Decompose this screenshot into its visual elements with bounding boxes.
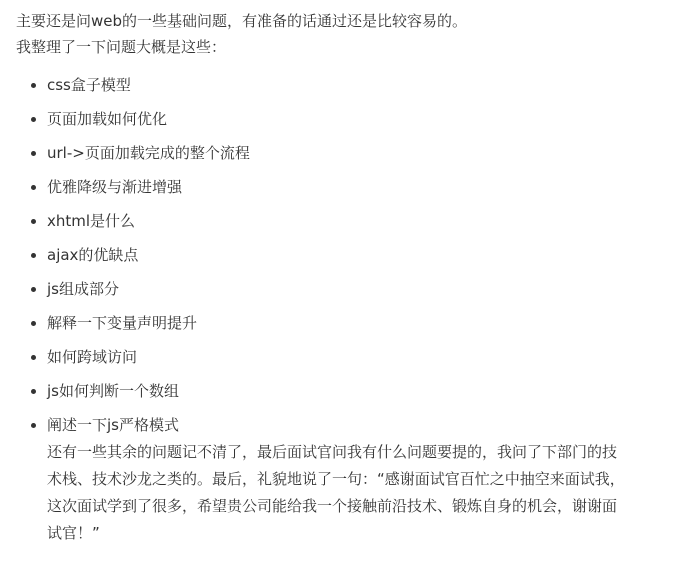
- bullet-icon: [31, 185, 36, 190]
- list-item: js组成部分: [16, 272, 683, 306]
- closing-line: 还有一些其余的问题记不清了，最后面试官问我有什么问题要提的，我问了下部门的技: [47, 439, 677, 466]
- closing-line: 这次面试学到了很多，希望贵公司能给我一个接触前沿技术、锻炼自身的机会，谢谢面: [47, 493, 677, 520]
- list-item: 阐述一下js严格模式: [16, 408, 683, 442]
- list-item: js如何判断一个数组: [16, 374, 683, 408]
- article-body: 主要还是问web的一些基础问题，有准备的话通过还是比较容易的。 我整理了一下问题…: [0, 0, 683, 547]
- interview-topics-list: css盒子模型 页面加载如何优化 url->页面加载完成的整个流程 优雅降级与渐…: [16, 68, 683, 442]
- bullet-icon: [31, 83, 36, 88]
- intro-paragraph-2: 我整理了一下问题大概是这些：: [16, 34, 683, 60]
- closing-line: 试官！”: [47, 520, 677, 547]
- list-item: url->页面加载完成的整个流程: [16, 136, 683, 170]
- list-item-label: ajax的优缺点: [47, 246, 138, 264]
- bullet-icon: [31, 423, 36, 428]
- list-item: ajax的优缺点: [16, 238, 683, 272]
- bullet-icon: [31, 389, 36, 394]
- list-item-label: js组成部分: [47, 280, 119, 298]
- list-item-label: 优雅降级与渐进增强: [47, 178, 182, 196]
- list-item-label: xhtml是什么: [47, 212, 135, 230]
- bullet-icon: [31, 287, 36, 292]
- bullet-icon: [31, 355, 36, 360]
- list-item-label: 解释一下变量声明提升: [47, 314, 197, 332]
- bullet-icon: [31, 321, 36, 326]
- list-item-label: 页面加载如何优化: [47, 110, 167, 128]
- bullet-icon: [31, 253, 36, 258]
- list-item: css盒子模型: [16, 68, 683, 102]
- list-item: 页面加载如何优化: [16, 102, 683, 136]
- list-item: xhtml是什么: [16, 204, 683, 238]
- list-item: 优雅降级与渐进增强: [16, 170, 683, 204]
- list-item-label: 阐述一下js严格模式: [47, 416, 179, 434]
- bullet-icon: [31, 219, 36, 224]
- closing-line: 术栈、技术沙龙之类的。最后，礼貌地说了一句：“感谢面试官百忙之中抽空来面试我，: [47, 466, 677, 493]
- list-item-label: js如何判断一个数组: [47, 382, 179, 400]
- list-item-label: url->页面加载完成的整个流程: [47, 144, 250, 162]
- list-item: 如何跨域访问: [16, 340, 683, 374]
- bullet-icon: [31, 117, 36, 122]
- list-item-label: css盒子模型: [47, 76, 131, 94]
- list-item: 解释一下变量声明提升: [16, 306, 683, 340]
- list-item-label: 如何跨域访问: [47, 348, 137, 366]
- closing-paragraph: 还有一些其余的问题记不清了，最后面试官问我有什么问题要提的，我问了下部门的技 术…: [47, 439, 677, 547]
- bullet-icon: [31, 151, 36, 156]
- intro-paragraph-1: 主要还是问web的一些基础问题，有准备的话通过还是比较容易的。: [16, 8, 683, 34]
